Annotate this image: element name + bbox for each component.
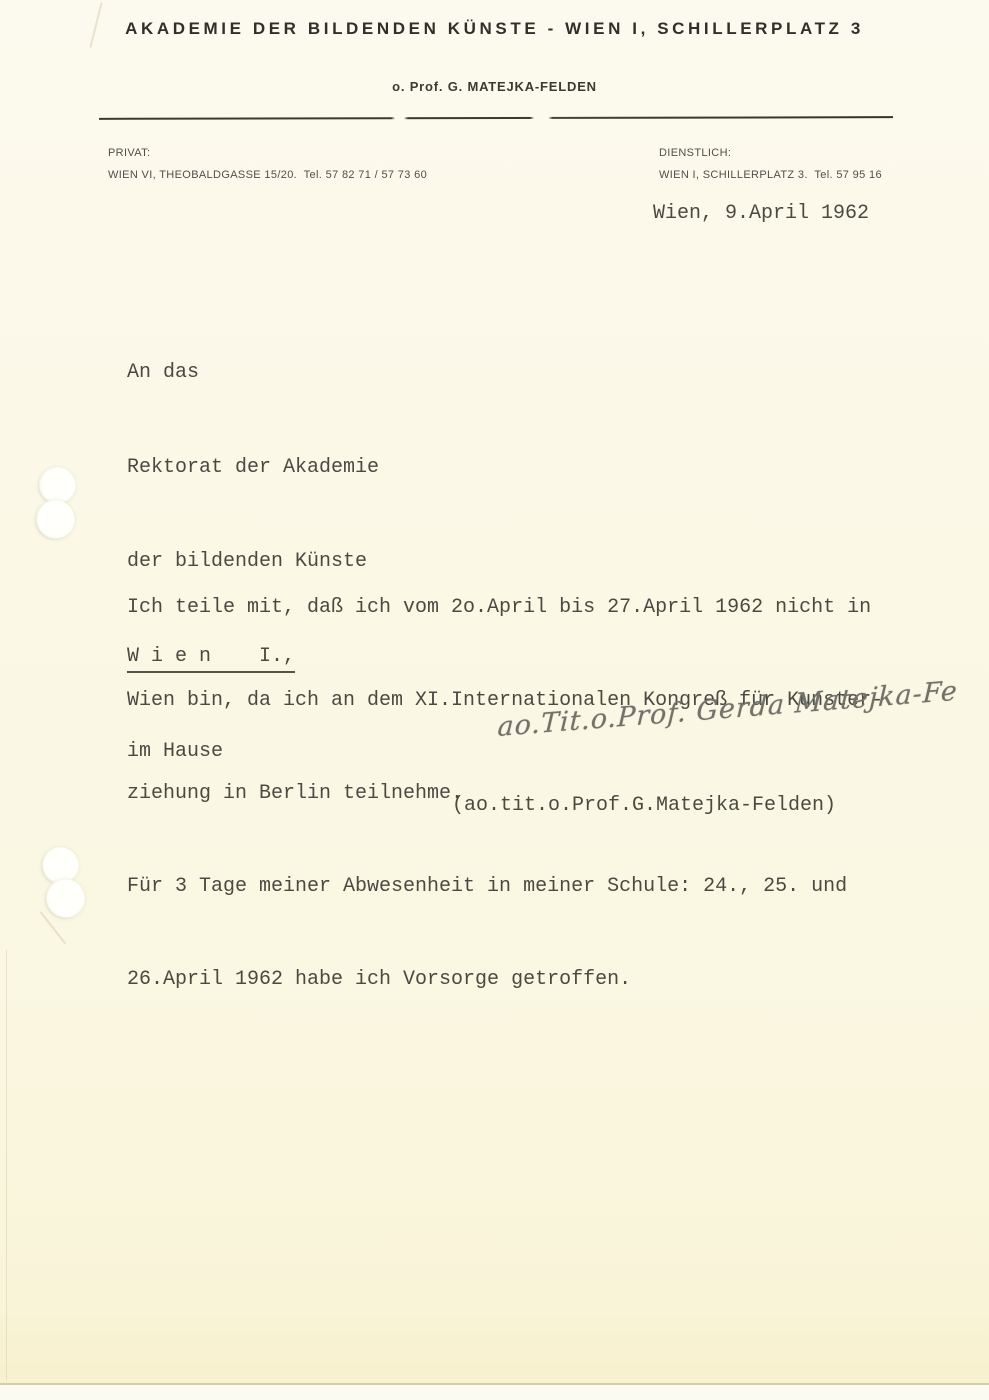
recipient-line: Rektorat der Akademie — [127, 452, 379, 484]
punch-hole — [35, 500, 75, 540]
paper-bottom-edge — [0, 1383, 989, 1400]
private-contact-address: WIEN VI, THEOBALDGASSE 15/20. Tel. 57 82… — [108, 170, 427, 181]
paper-edge — [6, 950, 7, 1380]
dateline: Wien, 9.April 1962 — [653, 204, 869, 224]
body-line: Ich teile mit, daß ich vom 2o.April bis … — [127, 592, 883, 623]
punch-hole — [45, 879, 85, 919]
letter-page: AKADEMIE DER BILDENDEN KÜNSTE - WIEN I, … — [0, 0, 989, 1400]
official-contact-address: WIEN I, SCHILLERPLATZ 3. Tel. 57 95 16 — [659, 170, 882, 181]
letterhead-rule — [99, 116, 893, 120]
recipient-line: An das — [127, 357, 379, 389]
letterhead-professor: o. Prof. G. MATEJKA-FELDEN — [0, 79, 989, 95]
typed-signature: (ao.tit.o.Prof.G.Matejka-Felden) — [452, 796, 836, 816]
letterhead-title: AKADEMIE DER BILDENDEN KÜNSTE - WIEN I, … — [0, 19, 989, 39]
official-contact-label: DIENSTLICH: — [659, 148, 731, 159]
body-line: 26.April 1962 habe ich Vorsorge getroffe… — [127, 964, 883, 995]
body-line: Für 3 Tage meiner Abwesenheit in meiner … — [127, 871, 883, 902]
private-contact-label: PRIVAT: — [108, 148, 150, 159]
